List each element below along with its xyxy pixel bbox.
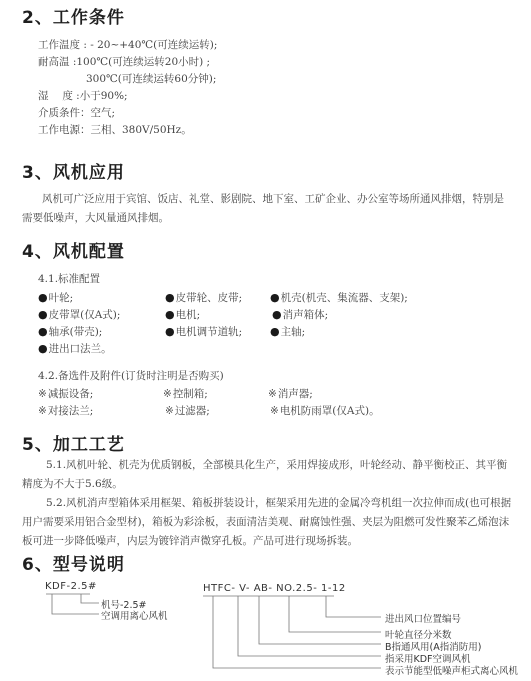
model-diagram-leader-lines bbox=[0, 0, 531, 681]
